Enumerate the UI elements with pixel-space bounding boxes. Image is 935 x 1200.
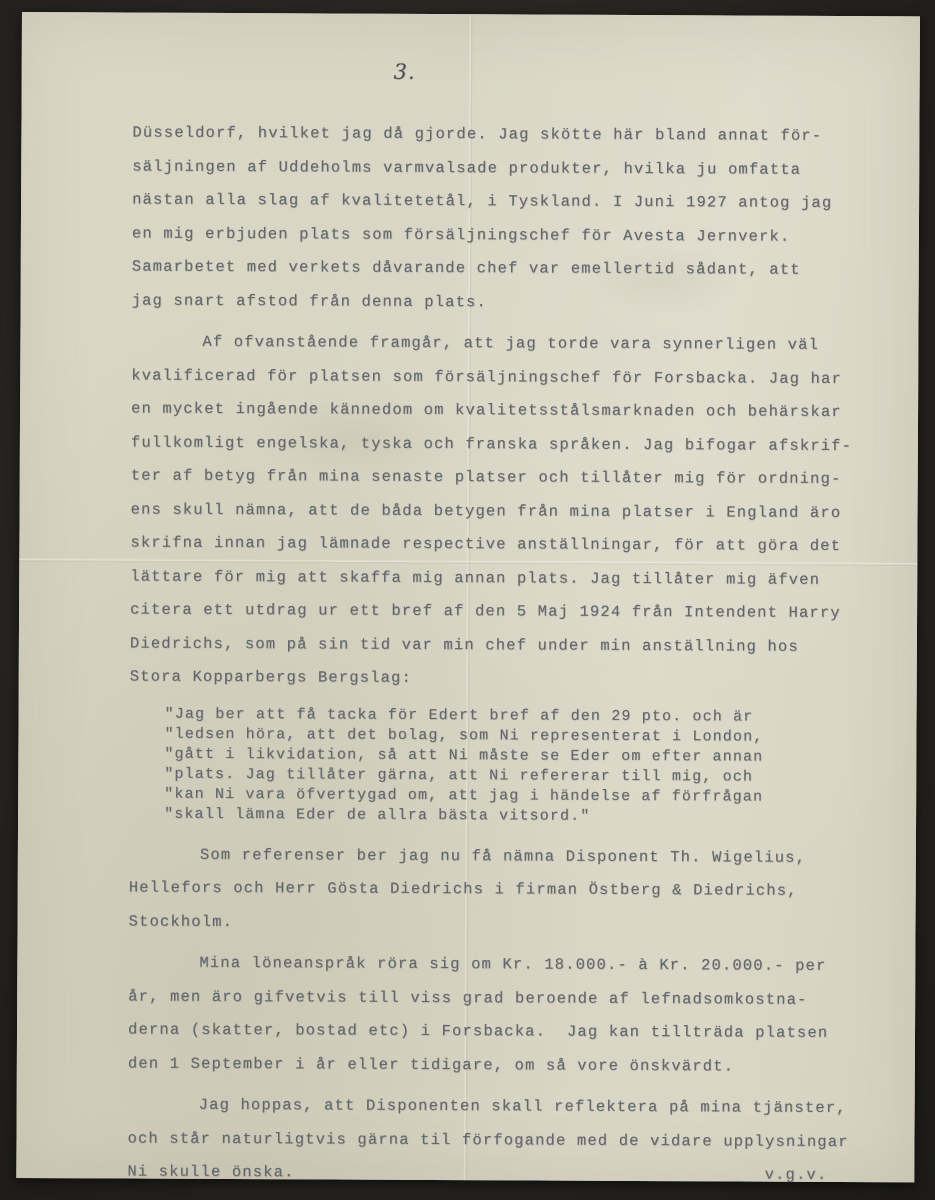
text-line: kvalificerad för platsen som försäljning… (131, 359, 893, 396)
text-line: Jag hoppas, att Disponenten skall reflek… (128, 1089, 890, 1126)
text-line: en mig erbjuden plats som försäljningsch… (132, 217, 894, 254)
paragraph: Mina löneanspråk röra sig om Kr. 18.000.… (128, 947, 891, 1085)
text-line: den 1 September i år eller tidigare, om … (128, 1047, 890, 1084)
text-line: Hellefors och Herr Gösta Diedrichs i fir… (129, 872, 891, 909)
text-line: jag snart afstod från denna plats. (132, 284, 894, 321)
text-line: derna (skatter, bostad etc) i Forsbacka.… (128, 1014, 890, 1051)
text-line: Stockholm. (128, 905, 890, 942)
text-line: år, men äro gifvetvis till viss grad ber… (128, 980, 890, 1017)
text-line: Mina löneanspråk röra sig om Kr. 18.000.… (128, 947, 890, 984)
quote-line: "kan Ni vara öfvertygad om, att jag i hä… (164, 784, 891, 808)
quote-line: "gått i likvidation, så att Ni måste se … (164, 744, 891, 768)
turn-page-note: v.g.v. (765, 1159, 828, 1193)
text-line: fullkomligt engelska, tyska och franska … (131, 426, 893, 463)
text-line: skrifna innan jag lämnade respective ans… (130, 527, 892, 564)
text-line: lättare för mig att skaffa mig annan pla… (130, 560, 892, 597)
document-page: 3. Düsseldorf, hvilket jag då gjorde. Ja… (16, 12, 920, 1182)
letter-body: Düsseldorf, hvilket jag då gjorde. Jag s… (127, 117, 894, 1193)
text-line: ter af betyg från mina senaste platser o… (131, 460, 893, 497)
text-line: Stora Kopparbergs Bergslag: (130, 661, 892, 698)
text-line: Af ofvanstående framgår, att jag torde v… (131, 326, 893, 363)
text-line: säljningen af Uddeholms varmvalsade prod… (132, 150, 894, 187)
quote-line: "skall lämna Eder de allra bästa vitsord… (164, 804, 891, 828)
quoted-excerpt: "Jag ber att få tacka för Edert bref af … (164, 704, 892, 828)
text-line: en mycket ingående kännedom om kvalitets… (131, 393, 893, 430)
text-line: Samarbetet med verkets dåvarande chef va… (132, 251, 894, 288)
text-line: Ni skulle önska. (127, 1163, 294, 1182)
quote-line: "Jag ber att få tacka för Edert bref af … (165, 704, 892, 728)
paragraph: Som referenser ber jag nu få nämna Dispo… (128, 838, 890, 942)
quote-line: "plats. Jag tillåter gärna, att Ni refer… (164, 764, 891, 788)
text-line: ens skull nämna, att de båda betygen frå… (130, 493, 892, 530)
page-number: 3. (394, 60, 416, 84)
paragraph: Jag hoppas, att Disponenten skall reflek… (127, 1089, 889, 1193)
text-line: citera ett utdrag ur ett bref af den 5 M… (130, 594, 892, 631)
quote-line: "ledsen höra, att det bolag, som Ni repr… (164, 724, 891, 748)
paragraph: Af ofvanstående framgår, att jag torde v… (130, 326, 894, 698)
text-line: Som referenser ber jag nu få nämna Dispo… (129, 838, 891, 875)
text-line: Ni skulle önska.v.g.v. (127, 1156, 889, 1193)
text-line: Düsseldorf, hvilket jag då gjorde. Jag s… (132, 117, 894, 154)
text-line: Diedrichs, som på sin tid var min chef u… (130, 627, 892, 664)
text-line: nästan alla slag af kvalitetetål, i Tysk… (132, 184, 894, 221)
text-line: och står naturligtvis gärna til förfogan… (127, 1122, 889, 1159)
paragraph: Düsseldorf, hvilket jag då gjorde. Jag s… (132, 117, 895, 322)
